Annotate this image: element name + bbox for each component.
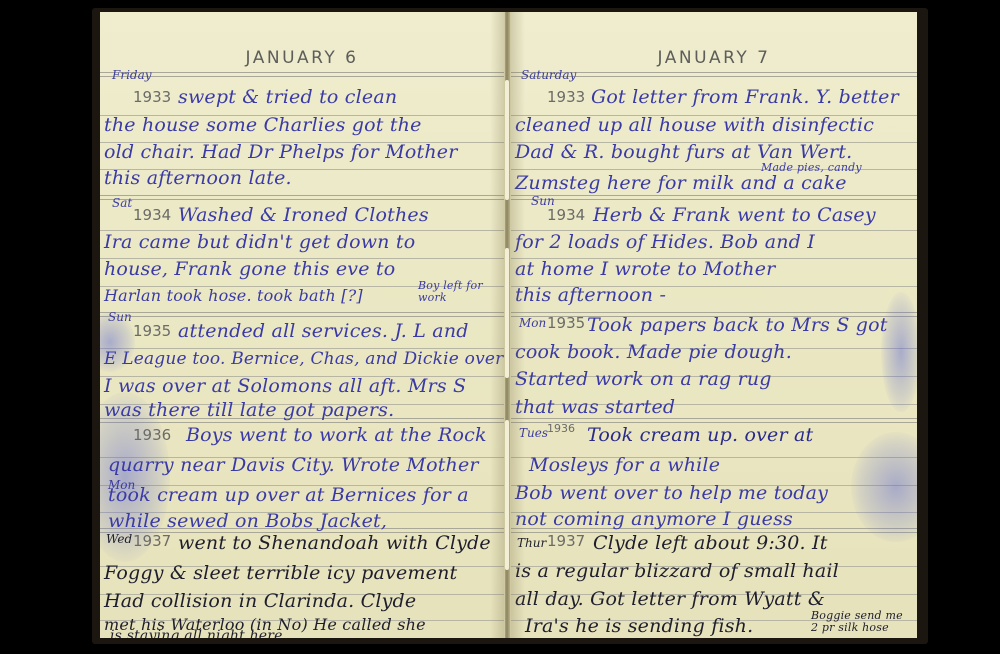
entry-year: 1937 (133, 532, 171, 550)
entry-text-line: Took papers back to Mrs S got (587, 312, 888, 339)
entry-text-line: swept & tried to clean (178, 84, 397, 111)
margin-note: Boggie send me 2 pr silk hose (811, 610, 911, 634)
entry-year: 1933 (547, 88, 585, 106)
ink-smudge (881, 292, 917, 412)
entry-text-line: attended all services. J. L and (178, 318, 469, 345)
entry-text-line: I was over at Solomons all aft. Mrs S (104, 373, 466, 400)
entry-year: 1935 (133, 322, 171, 340)
entry-year: 1936 (133, 426, 171, 444)
right-page: JANUARY 7 Saturday 1933 Got letter from … (510, 12, 917, 638)
left-page: JANUARY 6 Friday 1933 swept & tried to c… (100, 12, 505, 638)
entry-year: 1933 (133, 88, 171, 106)
weekday-label: Sun (108, 310, 132, 324)
entry-text-line: Ira's he is sending fish. (525, 613, 753, 638)
weekday-label: Saturday (521, 68, 576, 82)
entry-text-line: for 2 loads of Hides. Bob and I (515, 229, 815, 256)
entry-year: 1936 (547, 422, 575, 435)
entry-text-line: quarry near Davis City. Wrote Mother (108, 452, 479, 479)
entry-text-line: the house some Charlies got the (104, 112, 422, 139)
entry-text-line: is staying all night here. (110, 623, 287, 638)
binding-stitch (505, 420, 509, 570)
entry-text-line: this afternoon late. (104, 165, 292, 192)
page-header-date: JANUARY 6 (100, 48, 504, 68)
entry-year: 1934 (547, 206, 585, 224)
binding-stitch (505, 80, 509, 200)
entry-text-line: all day. Got letter from Wyatt & (515, 586, 825, 613)
entry-year: 1937 (547, 532, 585, 550)
weekday-label: Wed (106, 532, 132, 546)
rule-line (100, 312, 504, 317)
margin-note: Made pies, candy (761, 162, 862, 174)
entry-text-line: not coming anymore I guess (515, 506, 793, 533)
entry-text-line: Took cream up. over at (587, 422, 813, 449)
weekday-label: Tues (519, 426, 548, 440)
entry-text-line: Ira came but didn't get down to (104, 229, 415, 256)
entry-text-line: Mosleys for a while (529, 452, 720, 479)
entry-text-line: Started work on a rag rug (515, 366, 772, 393)
entry-text-line: went to Shenandoah with Clyde (178, 530, 491, 557)
margin-note: Boy left for work (418, 280, 498, 304)
entry-text-line: Boys went to work at the Rock (186, 422, 487, 449)
diary-book: JANUARY 6 Friday 1933 swept & tried to c… (92, 8, 928, 644)
entry-text-line: Bob went over to help me today (515, 480, 828, 507)
entry-text-line: cook book. Made pie dough. (515, 339, 792, 366)
entry-text-line: this afternoon - (515, 282, 666, 309)
entry-text-line: is a regular blizzard of small hail (515, 558, 839, 585)
rule-line (100, 195, 504, 200)
entry-text-line: Foggy & sleet terrible icy pavement (104, 560, 457, 587)
entry-text-line: house, Frank gone this eve to (104, 256, 395, 283)
entry-text-line: took cream up over at Bernices for a (108, 482, 469, 509)
entry-text-line: that was started (515, 394, 675, 421)
entry-text-line: Clyde left about 9:30. It (593, 530, 828, 557)
rule-line (100, 72, 504, 77)
entry-text-line: Herb & Frank went to Casey (593, 202, 876, 229)
entry-text-line: Harlan took hose. took bath [?] (104, 282, 363, 309)
entry-text-line: Zumsteg here for milk and a cake (515, 170, 847, 197)
entry-text-line: E League too. Bernice, Chas, and Dickie … (104, 346, 503, 373)
binding-stitch (505, 248, 509, 378)
weekday-label: Mon (519, 316, 546, 330)
weekday-label: Thur (517, 536, 546, 550)
entry-year: 1935 (547, 314, 585, 332)
entry-text-line: Got letter from Frank. Y. better (591, 84, 899, 111)
entry-text-line: Washed & Ironed Clothes (178, 202, 429, 229)
ink-smudge (851, 432, 917, 542)
entry-text-line: old chair. Had Dr Phelps for Mother (104, 139, 458, 166)
entry-text-line: was there till late got papers. (104, 397, 394, 424)
entry-text-line: at home I wrote to Mother (515, 256, 775, 283)
entry-year: 1934 (133, 206, 171, 224)
weekday-label: Friday (112, 68, 152, 82)
weekday-label: Sat (112, 196, 132, 210)
page-header-date: JANUARY 7 (511, 48, 917, 68)
entry-text-line: cleaned up all house with disinfectic (515, 112, 874, 139)
